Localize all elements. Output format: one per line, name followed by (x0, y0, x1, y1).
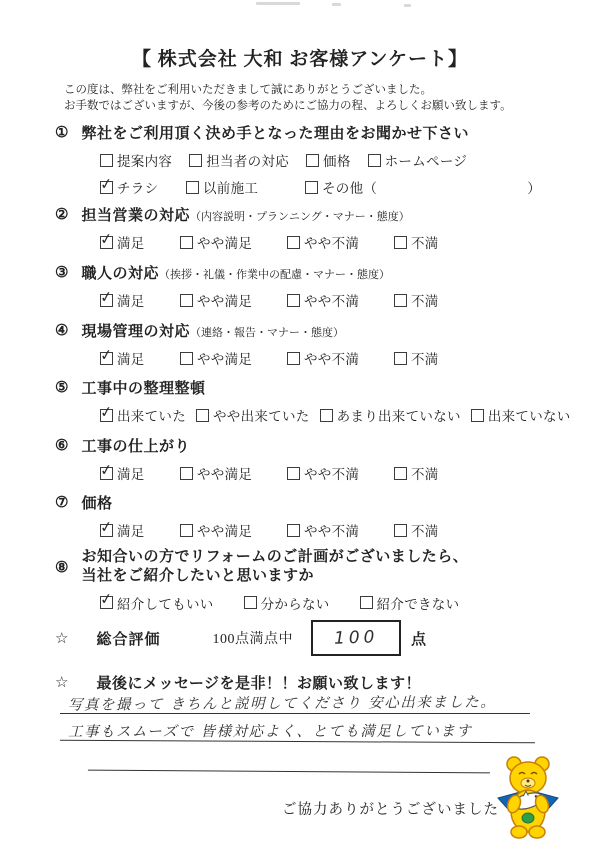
checkbox-icon[interactable]: ✓ (100, 352, 113, 365)
checkmark-icon: ✓ (99, 174, 114, 194)
option[interactable]: ✓チラシ (100, 177, 169, 197)
option[interactable]: ✓やや満足 (180, 348, 262, 368)
checkbox-icon[interactable]: ✓ (394, 352, 407, 365)
survey-sheet: 【 株式会社 大和 お客様アンケート】 この度は、弊社をご利用いただきまして誠に… (0, 0, 600, 847)
checkbox-icon[interactable]: ✓ (244, 596, 257, 609)
option-row: ✓提案内容 ✓担当者の対応 ✓価格 ✓ホームページ (55, 150, 575, 170)
option-label: 不満 (411, 348, 439, 368)
option[interactable]: ✓やや不満 (287, 290, 369, 310)
page-title: 【 株式会社 大和 お客様アンケート】 (0, 44, 600, 71)
checkmark-icon: ✓ (99, 460, 114, 480)
checkbox-icon[interactable]: ✓ (287, 467, 300, 480)
option-label: チラシ (117, 177, 158, 197)
question-note: （内容説明・プランニング・マナー・態度） (190, 211, 410, 223)
intro-text: この度は、弊社をご利用いただきまして誠にありがとうございました。 お手数ではござ… (64, 82, 560, 114)
scan-artifact (404, 4, 411, 7)
question-number: ⑧ (55, 557, 68, 577)
score-scale-label: 100点満点中 (212, 628, 293, 648)
option-row: ✓チラシ ✓以前施工 ✓その他（） (55, 177, 575, 197)
checkbox-icon[interactable]: ✓ (189, 154, 202, 167)
checkbox-icon[interactable]: ✓ (394, 467, 407, 480)
checkbox-icon[interactable]: ✓ (180, 467, 193, 480)
question-number: ④ (55, 320, 68, 340)
option-label: 不満 (411, 232, 439, 252)
checkbox-icon[interactable]: ✓ (196, 409, 209, 422)
option[interactable]: ✓やや満足 (180, 463, 262, 483)
checkbox-icon[interactable]: ✓ (180, 294, 193, 307)
checkmark-icon: ✓ (99, 287, 114, 307)
star-icon: ☆ (55, 629, 68, 648)
option-label: 満足 (117, 520, 145, 540)
question-6: ⑥ 工事の仕上がり ✓満足 ✓やや満足 ✓やや不満 ✓不満 (55, 435, 575, 483)
option-label: やや満足 (197, 463, 252, 483)
option[interactable]: ✓出来ていた (100, 405, 186, 425)
option-label: 価格 (323, 150, 351, 170)
option-row: ✓出来ていた ✓やや出来ていた ✓あまり出来ていない ✓出来ていない (55, 405, 575, 425)
option[interactable]: ✓紹介できない (360, 593, 460, 613)
checkbox-icon[interactable]: ✓ (394, 236, 407, 249)
question-number: ⑦ (55, 492, 68, 512)
message-line-2[interactable]: 工事もスムーズで 皆様対応よく、とても満足しています (60, 719, 535, 743)
question-8: ⑧ お知合いの方でリフォームのご計画がございましたら、 当社をご紹介したいと思い… (55, 548, 575, 613)
option-label: あまり出来ていない (337, 405, 461, 425)
question-title: 価格 (81, 492, 112, 513)
question-note: （挨拶・礼儀・作業中の配慮・マナー・態度） (159, 269, 390, 281)
checkbox-icon[interactable]: ✓ (287, 524, 300, 537)
checkmark-icon: ✓ (99, 229, 114, 249)
checkbox-icon[interactable]: ✓ (100, 409, 113, 422)
option-label: 分からない (261, 593, 330, 613)
option-label: 不満 (411, 520, 439, 540)
score-unit: 点 (411, 628, 426, 649)
option-label: やや満足 (197, 520, 252, 540)
checkbox-icon[interactable]: ✓ (306, 154, 319, 167)
option-row: ✓満足 ✓やや満足 ✓やや不満 ✓不満 (55, 232, 575, 252)
checkbox-icon[interactable]: ✓ (100, 236, 113, 249)
option-label: その他（ (322, 177, 377, 197)
option-label: 出来ていた (117, 405, 186, 425)
option[interactable]: ✓満足 (100, 520, 155, 540)
message-line-3[interactable] (88, 749, 490, 774)
option-row: ✓満足 ✓やや満足 ✓やや不満 ✓不満 (55, 463, 575, 483)
checkbox-icon[interactable]: ✓ (287, 352, 300, 365)
option-label: やや不満 (304, 348, 359, 368)
question-3: ③ 職人の対応（挨拶・礼儀・作業中の配慮・マナー・態度） ✓満足 ✓やや満足 ✓… (55, 262, 575, 310)
checkbox-icon[interactable]: ✓ (180, 236, 193, 249)
option[interactable]: ✓担当者の対応 (189, 150, 289, 170)
question-title: 弊社をご利用頂く決め手となった理由をお聞かせ下さい (81, 122, 469, 143)
option-label: やや満足 (197, 348, 252, 368)
option-label: 担当者の対応 (206, 150, 289, 170)
option-label: 不満 (411, 463, 439, 483)
option[interactable]: ✓満足 (100, 232, 155, 252)
checkmark-icon: ✓ (99, 589, 114, 609)
score-input-box[interactable]: 100 (311, 620, 401, 656)
option[interactable]: ✓満足 (100, 348, 155, 368)
question-title: 職人の対応 (81, 266, 159, 282)
checkbox-icon[interactable]: ✓ (287, 294, 300, 307)
checkmark-icon: ✓ (99, 345, 114, 365)
checkmark-icon: ✓ (99, 517, 114, 537)
option-row: ✓紹介してもいい ✓分からない ✓紹介できない (55, 593, 575, 613)
intro-line-2: お手数ではございますが、今後の参考のためにご協力の程、よろしくお願い致します。 (64, 98, 560, 114)
question-title-line1: お知合いの方でリフォームのご計画がございましたら、 (81, 548, 468, 567)
option-label: 紹介してもいい (117, 593, 214, 613)
checkbox-icon[interactable]: ✓ (394, 294, 407, 307)
option-label: 満足 (117, 463, 145, 483)
checkbox-icon[interactable]: ✓ (100, 154, 113, 167)
option-label: 出来ていない (488, 405, 571, 425)
option[interactable]: ✓やや不満 (287, 232, 369, 252)
overall-score-row: ☆ 総合評価 100点満点中 100 点 (55, 620, 426, 656)
option-label: やや不満 (304, 463, 359, 483)
option-other[interactable]: ✓その他（） (305, 177, 541, 197)
option-label: ホームページ (385, 150, 468, 170)
option[interactable]: ✓やや満足 (180, 290, 262, 310)
option-row: ✓満足 ✓やや満足 ✓やや不満 ✓不満 (55, 290, 575, 310)
question-title: 工事の仕上がり (81, 435, 190, 456)
question-number: ② (55, 204, 68, 224)
option[interactable]: ✓以前施工 (186, 177, 288, 197)
option-label: 紹介できない (377, 593, 460, 613)
option-label: やや満足 (197, 232, 252, 252)
checkbox-icon[interactable]: ✓ (100, 524, 113, 537)
option-label: やや出来ていた (213, 405, 310, 425)
question-title: 現場管理の対応 (81, 324, 190, 340)
checkbox-icon[interactable]: ✓ (287, 236, 300, 249)
option-label: 不満 (411, 290, 439, 310)
question-2: ② 担当営業の対応（内容説明・プランニング・マナー・態度） ✓満足 ✓やや満足 … (55, 204, 575, 252)
option-label: 提案内容 (117, 150, 172, 170)
option[interactable]: ✓不満 (394, 290, 439, 310)
option[interactable]: ✓あまり出来ていない (320, 405, 461, 425)
checkbox-icon[interactable]: ✓ (186, 181, 199, 194)
option[interactable]: ✓満足 (100, 463, 155, 483)
question-number: ⑤ (55, 377, 68, 397)
checkbox-icon[interactable]: ✓ (100, 596, 113, 609)
checkbox-icon[interactable]: ✓ (394, 524, 407, 537)
question-title: 担当営業の対応 (81, 208, 190, 224)
option[interactable]: ✓不満 (394, 520, 439, 540)
question-note: （連絡・報告・マナー・態度） (190, 327, 344, 339)
message-prompt: 最後にメッセージを是非！！お願い致します！ (96, 672, 421, 693)
option[interactable]: ✓やや出来ていた (196, 405, 310, 425)
question-7: ⑦ 価格 ✓満足 ✓やや満足 ✓やや不満 ✓不満 (55, 492, 575, 540)
option[interactable]: ✓やや不満 (287, 463, 369, 483)
other-answer-space[interactable] (377, 180, 527, 194)
option[interactable]: ✓出来ていない (471, 405, 571, 425)
option[interactable]: ✓紹介してもいい (100, 593, 214, 613)
question-title: 工事中の整理整頓 (81, 377, 205, 398)
checkbox-icon[interactable]: ✓ (180, 524, 193, 537)
score-label: 総合評価 (96, 628, 160, 649)
scan-artifact (332, 3, 341, 6)
checkbox-icon[interactable]: ✓ (180, 352, 193, 365)
message-prompt-row: ☆ 最後にメッセージを是非！！お願い致します！ (55, 672, 421, 693)
option[interactable]: ✓提案内容 (100, 150, 172, 170)
question-number: ③ (55, 262, 68, 282)
checkbox-icon[interactable]: ✓ (368, 154, 381, 167)
option-row: ✓満足 ✓やや満足 ✓やや不満 ✓不満 (55, 520, 575, 540)
option-label: やや不満 (304, 290, 359, 310)
option[interactable]: ✓分からない (244, 593, 330, 613)
checkbox-icon[interactable]: ✓ (100, 467, 113, 480)
option-row: ✓満足 ✓やや満足 ✓やや不満 ✓不満 (55, 348, 575, 368)
question-4: ④ 現場管理の対応（連絡・報告・マナー・態度） ✓満足 ✓やや満足 ✓やや不満 … (55, 320, 575, 368)
checkbox-icon[interactable]: ✓ (471, 409, 484, 422)
footer-thanks-text: ご協力ありがとうございました (282, 798, 499, 819)
option-label: 以前施工 (203, 177, 258, 197)
checkbox-icon[interactable]: ✓ (100, 294, 113, 307)
option-label: やや不満 (304, 232, 359, 252)
option[interactable]: ✓不満 (394, 463, 439, 483)
option-label: 満足 (117, 348, 145, 368)
option[interactable]: ✓不満 (394, 232, 439, 252)
option[interactable]: ✓やや不満 (287, 520, 369, 540)
checkmark-icon: ✓ (99, 402, 114, 422)
option[interactable]: ✓やや満足 (180, 520, 262, 540)
checkbox-icon[interactable]: ✓ (320, 409, 333, 422)
question-1: ① 弊社をご利用頂く決め手となった理由をお聞かせ下さい ✓提案内容 ✓担当者の対… (55, 122, 575, 197)
option[interactable]: ✓価格 (306, 150, 351, 170)
bear-mascot-icon (492, 754, 564, 840)
scan-artifact (256, 2, 300, 5)
message-line-1[interactable]: 写真を撮って きちんと説明してくださり 安心出来ました。 (60, 692, 530, 714)
question-number: ① (55, 122, 68, 142)
option[interactable]: ✓ホームページ (368, 150, 468, 170)
option-label: 満足 (117, 290, 145, 310)
checkbox-icon[interactable]: ✓ (360, 596, 373, 609)
option-label: 満足 (117, 232, 145, 252)
score-value: 100 (333, 627, 378, 649)
option[interactable]: ✓不満 (394, 348, 439, 368)
option[interactable]: ✓やや不満 (287, 348, 369, 368)
checkbox-icon[interactable]: ✓ (305, 181, 318, 194)
question-title-line2: 当社をご紹介したいと思いますか (81, 567, 468, 586)
option[interactable]: ✓満足 (100, 290, 155, 310)
handwritten-text: 写真を撮って きちんと説明してくださり 安心出来ました。 (60, 690, 530, 714)
question-5: ⑤ 工事中の整理整頓 ✓出来ていた ✓やや出来ていた ✓あまり出来ていない ✓出… (55, 377, 575, 425)
star-icon: ☆ (55, 673, 68, 692)
other-close-paren: ） (527, 177, 541, 197)
question-number: ⑥ (55, 435, 68, 455)
intro-line-1: この度は、弊社をご利用いただきまして誠にありがとうございました。 (64, 82, 560, 98)
option[interactable]: ✓やや満足 (180, 232, 262, 252)
option-label: やや不満 (304, 520, 359, 540)
checkbox-icon[interactable]: ✓ (100, 181, 113, 194)
handwritten-text: 工事もスムーズで 皆様対応よく、とても満足しています (60, 720, 535, 742)
option-label: やや満足 (197, 290, 252, 310)
